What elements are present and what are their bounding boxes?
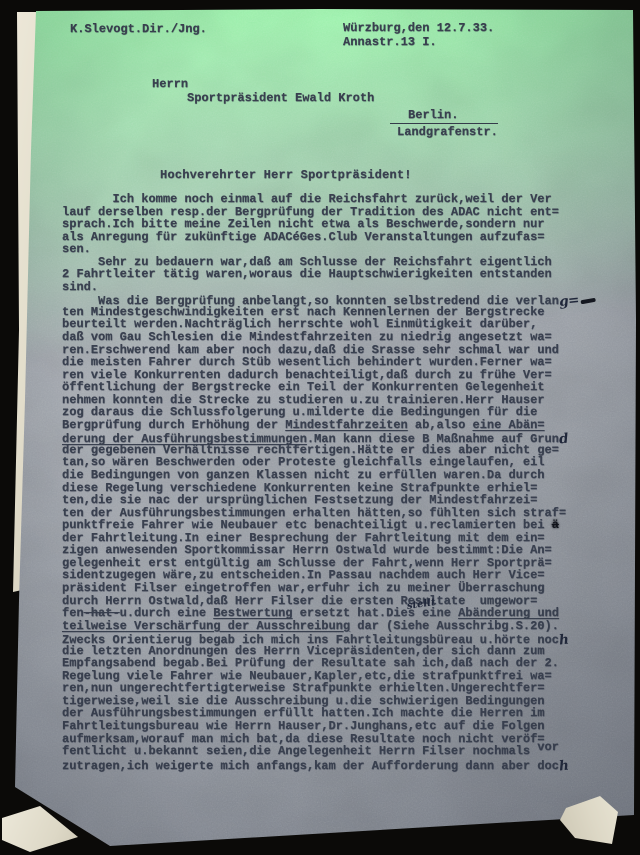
letter-line: gelegenheit erst entgültig am Schlusse d… xyxy=(62,556,596,569)
letter-line: 2 Fahrtleiter tätig waren,woraus die Hau… xyxy=(62,267,596,280)
letter-line: ten,die sie nac der ursprünglichen Fests… xyxy=(62,493,596,506)
recipient-city-underlined: Berlin. xyxy=(390,109,498,124)
text-segment: als Anregung für zukünftige ADACéGes.Clu… xyxy=(62,230,544,244)
sender-street-line: Annastr.13 I. xyxy=(343,36,437,49)
letter-line: öffentlichung der Bergstrecke ein Teil d… xyxy=(62,380,596,393)
letter-page: K.Slevogt.Dir./Jng. Würzburg,den 12.7.33… xyxy=(0,0,640,855)
letter-line: ren.Erschwerend kam aber noch dazu,daß d… xyxy=(62,343,596,356)
letter-line: teilweise Verschärfung der Ausschreibung… xyxy=(62,619,596,632)
letter-line: diese Regelung verschiedene Konkurrenten… xyxy=(62,481,596,494)
letter-line: fentlicht u.bekannt seien,die Angelegenh… xyxy=(62,744,596,757)
letter-line: sen. xyxy=(62,242,596,255)
letter-line: aufmerksam,worauf man mich bat,da diese … xyxy=(62,732,596,745)
letter-line: Bergprüfung durch Erhöhung der Mindestfa… xyxy=(62,418,596,431)
letter-line: daß vom Gau Schlesien die Mindestfahrzei… xyxy=(62,330,596,343)
letter-line: präsident Filser eingetroffen war,erfuhr… xyxy=(62,581,596,594)
letter-line: ren viele Konkurrenten dadurch benachtei… xyxy=(62,368,596,381)
text-segment: fentlicht u.bekannt seien,die Angelegenh… xyxy=(62,744,537,758)
letter-line: Was die Bergprüfung anbelangt,so konnten… xyxy=(62,292,596,305)
letter-line: derung der Ausführungsbestimmungen.Man k… xyxy=(62,430,596,443)
letter-line: durch Herrn Ostwald,daß Herr Filser die … xyxy=(62,594,596,607)
recipient-street: Landgrafenstr. xyxy=(397,126,498,139)
letter-line: die meisten Fahrer durch Stüb wesentlich… xyxy=(62,355,596,368)
letter-line: zutragen,ich weigerte mich anfangs,kam d… xyxy=(62,757,596,770)
letter-line: als Anregung für zukünftige ADACéGes.Clu… xyxy=(62,230,596,243)
letter-line: Fahrtleitungsbureau wie Herrn Hauser,Dr.… xyxy=(62,719,596,732)
document-photo: K.Slevogt.Dir./Jng. Würzburg,den 12.7.33… xyxy=(0,0,640,855)
letter-line: die Bedingungen von ganzen Klassen nicht… xyxy=(62,468,596,481)
letter-line: sprach.Ich bitte meine Zeilen nicht etwa… xyxy=(62,217,596,230)
letter-salutation: Hochverehrter Herr Sportpräsident! xyxy=(160,169,412,182)
handwritten-annotation: g= xyxy=(558,292,579,310)
letter-line: der gegebenen Verhältnisse rechtfertigen… xyxy=(62,443,596,456)
recipient-name: Sportpräsident Ewald Kroth xyxy=(187,92,374,105)
letter-line: sidentzugegen wäre,zu entscheiden.In Pas… xyxy=(62,568,596,581)
handwritten-annotation: d xyxy=(558,431,569,448)
letter-line: punktfreie Fahrer wie Neubauer etc benac… xyxy=(62,518,596,531)
letter-line: Zwecks Orientierug begab ich mich ins Fa… xyxy=(62,631,596,644)
handwritten-annotation: h xyxy=(558,632,569,649)
letter-line: ren,nun ungerechtfertigterweise Strafpun… xyxy=(62,681,596,694)
letter-line: der Ausführungsbestimmungen erfüllt hatt… xyxy=(62,706,596,719)
letter-line: Sehr zu bedauern war,daß am Schlusse der… xyxy=(62,255,596,268)
letter-line: ten der Ausführungsbestimmungen erhalten… xyxy=(62,506,596,519)
letter-line: Regelung viele Fahrer wie Neubauer,Kaple… xyxy=(62,669,596,682)
letter-line: tigerweise,weil sie die Ausschreibung u.… xyxy=(62,694,596,707)
sender-line: K.Slevogt.Dir./Jng. xyxy=(70,23,207,36)
letter-line: zigen anwesenden Sportkommissar Herrn Os… xyxy=(62,543,596,556)
recipient-salutation-word: Herrn xyxy=(152,78,188,91)
letter-line: tan,so wären Beschwerden oder Proteste g… xyxy=(62,455,596,468)
letter-line: Empfangsabend begab.Bei Prüfung der Resu… xyxy=(62,656,596,669)
text-segment: ä xyxy=(552,518,559,532)
text-segment: zutragen,ich weigerte mich anfangs,kam d… xyxy=(62,759,559,773)
place-date-line: Würzburg,den 12.7.33. xyxy=(343,22,494,35)
letter-line: sind. xyxy=(62,280,596,293)
handwritten-annotation: h xyxy=(558,757,569,774)
recipient-city: Berlin. xyxy=(390,109,498,124)
letter-line: Ich komme noch einmal auf die Reichsfahr… xyxy=(62,192,596,205)
letter-line: fen-hat-u.durch eine Bestwertung ersetzt… xyxy=(62,606,596,619)
letter-line: die letzten Anordnungen des Herrn Vicepr… xyxy=(62,644,596,657)
photo-background: { "document_type": "typewritten-letter",… xyxy=(0,0,640,855)
letter-line: zog daraus die Schlussfolgerung u.milder… xyxy=(62,405,596,418)
letter-line: nehmen konnten die Strecke zu studieren … xyxy=(62,393,596,406)
text-segment: vor xyxy=(537,740,559,754)
text-segment: 2 Fahrtleiter tätig waren,woraus die Hau… xyxy=(62,267,552,281)
letter-line: lauf derselben resp.der Bergprüfung der … xyxy=(62,205,596,218)
pen-mark xyxy=(580,298,595,304)
letter-line: der Fahrtleitung.In einer Besprechung de… xyxy=(62,531,596,544)
letter-body: Ich komme noch einmal auf die Reichsfahr… xyxy=(62,192,596,769)
letter-line: beurteilt werden.Nachträglich herrschte … xyxy=(62,317,596,330)
letter-line: ten Mindestgeschwindigkeiten erst nach K… xyxy=(62,305,596,318)
